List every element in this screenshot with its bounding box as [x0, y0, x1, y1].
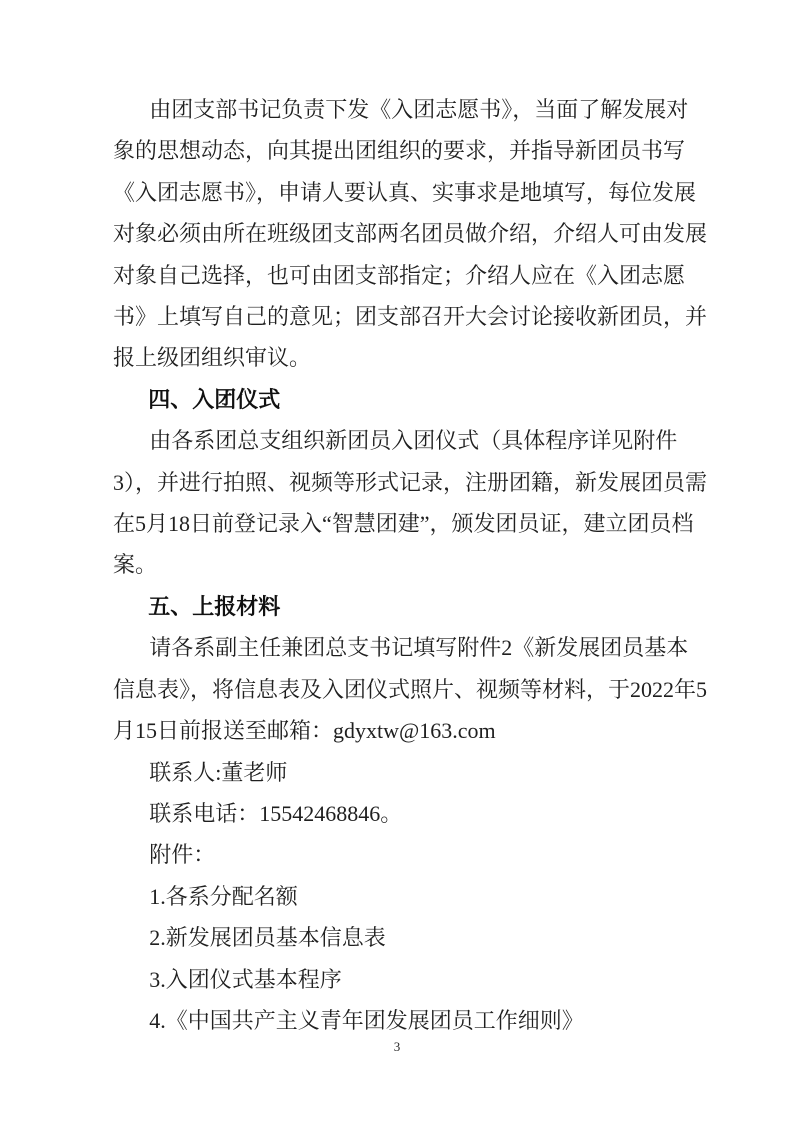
- paragraph-induction-ceremony-details: 由各系团总支组织新团员入团仪式（具体程序详见附件3），并进行拍照、视频等形式记录…: [113, 420, 708, 586]
- section-heading-4-induction-ceremony: 四、入团仪式: [113, 379, 708, 420]
- section-heading-5-submit-materials: 五、上报材料: [113, 586, 708, 627]
- attachment-item-2: 2.新发展团员基本信息表: [113, 917, 708, 958]
- paragraph-submit-materials-details: 请各系副主任兼团总支书记填写附件2《新发展团员基本信息表》，将信息表及入团仪式照…: [113, 627, 708, 751]
- document-page: 由团支部书记负责下发《入团志愿书》，当面了解发展对象的思想动态，向其提出团组织的…: [0, 0, 794, 1123]
- attachment-item-3: 3.入团仪式基本程序: [113, 959, 708, 1000]
- attachment-item-1: 1.各系分配名额: [113, 876, 708, 917]
- paragraph-join-application-process: 由团支部书记负责下发《入团志愿书》，当面了解发展对象的思想动态，向其提出团组织的…: [113, 89, 708, 379]
- attachments-label: 附件：: [113, 834, 708, 875]
- contact-phone-line: 联系电话：15542468846。: [113, 793, 708, 834]
- attachment-item-4: 4.《中国共产主义青年团发展团员工作细则》: [113, 1000, 708, 1041]
- contact-person-line: 联系人:董老师: [113, 752, 708, 793]
- page-number: 3: [0, 1039, 794, 1055]
